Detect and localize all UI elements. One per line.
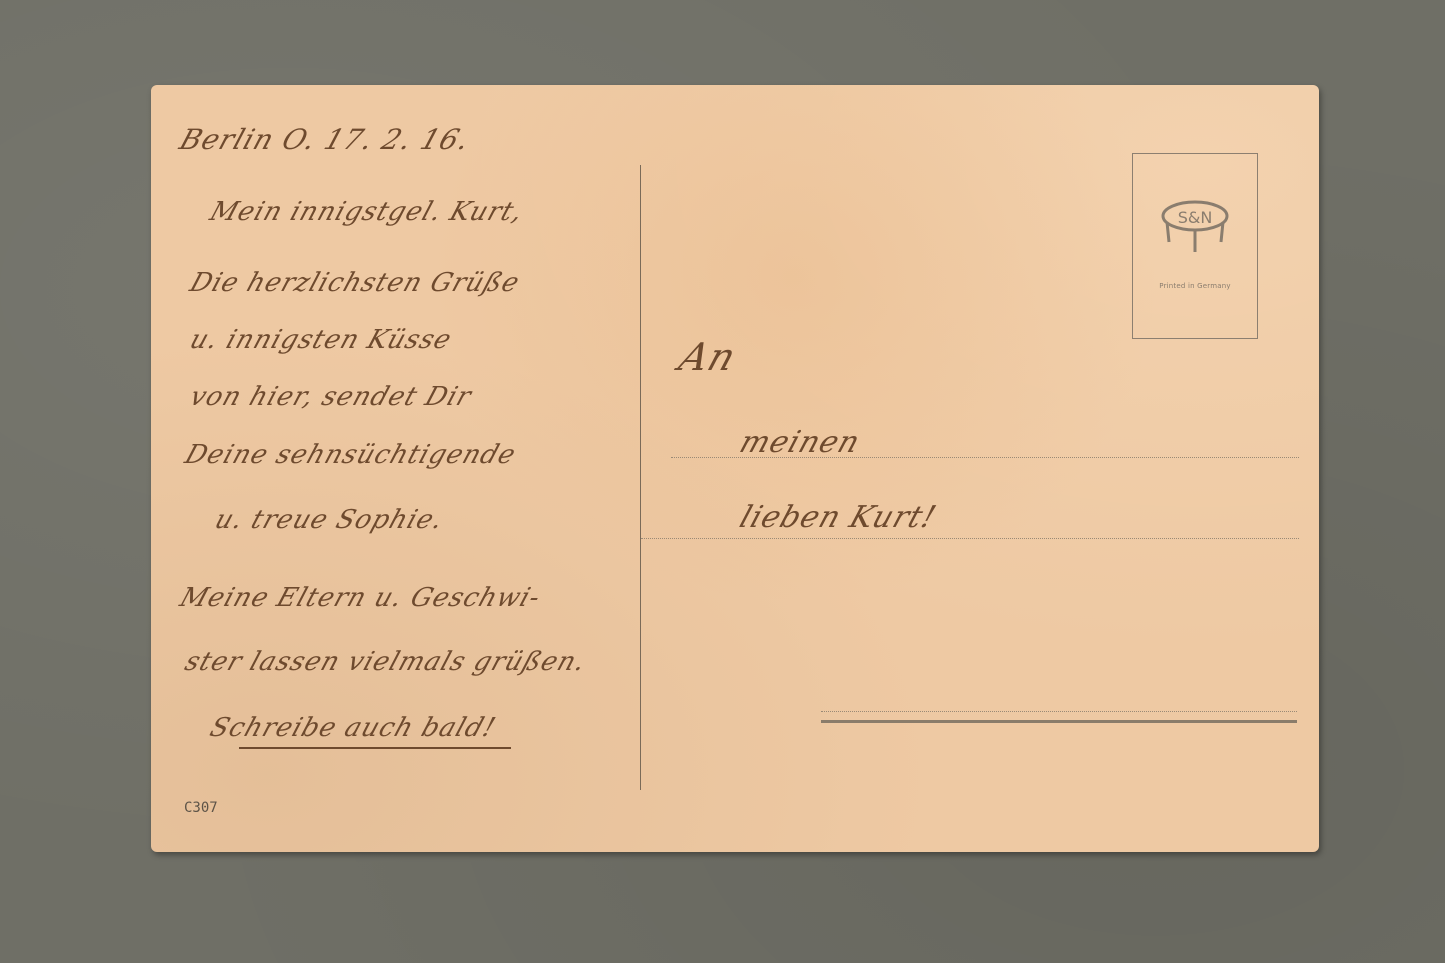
address-solid-line [821,720,1297,723]
message-line: Meine Eltern u. Geschwi- [176,583,544,613]
address-line: meinen [735,425,865,460]
address-dotted-line [641,538,1299,539]
message-line: Schreibe auch bald! [206,713,500,743]
sn-table-logo-icon: S&N [1161,196,1229,256]
center-divider [640,165,641,790]
address-line: lieben Kurt! [735,500,941,535]
message-line: Mein innigstgel. Kurt, [206,197,527,227]
date-line: Berlin O. 17. 2. 16. [176,123,475,156]
signature-underline [239,747,511,749]
address-dotted-line [821,711,1297,712]
postcard: Berlin O. 17. 2. 16. Mein innigstgel. Ku… [151,85,1319,852]
printed-in-germany-text: Printed in Germany [1133,282,1257,290]
svg-text:S&N: S&N [1178,208,1213,227]
message-line: u. treue Sophie. [211,505,448,535]
card-code: C307 [184,800,218,816]
address-line: An [674,335,742,379]
stamp-box: S&N Printed in Germany [1132,153,1258,339]
message-line: Die herzlichsten Grüße [186,268,524,298]
message-line: von hier, sendet Dir [186,382,475,412]
message-line: u. innigsten Küsse [186,325,456,355]
address-dotted-line [671,457,1299,458]
message-line: ster lassen vielmals grüßen. [181,647,590,677]
message-line: Deine sehnsüchtigende [181,440,520,470]
